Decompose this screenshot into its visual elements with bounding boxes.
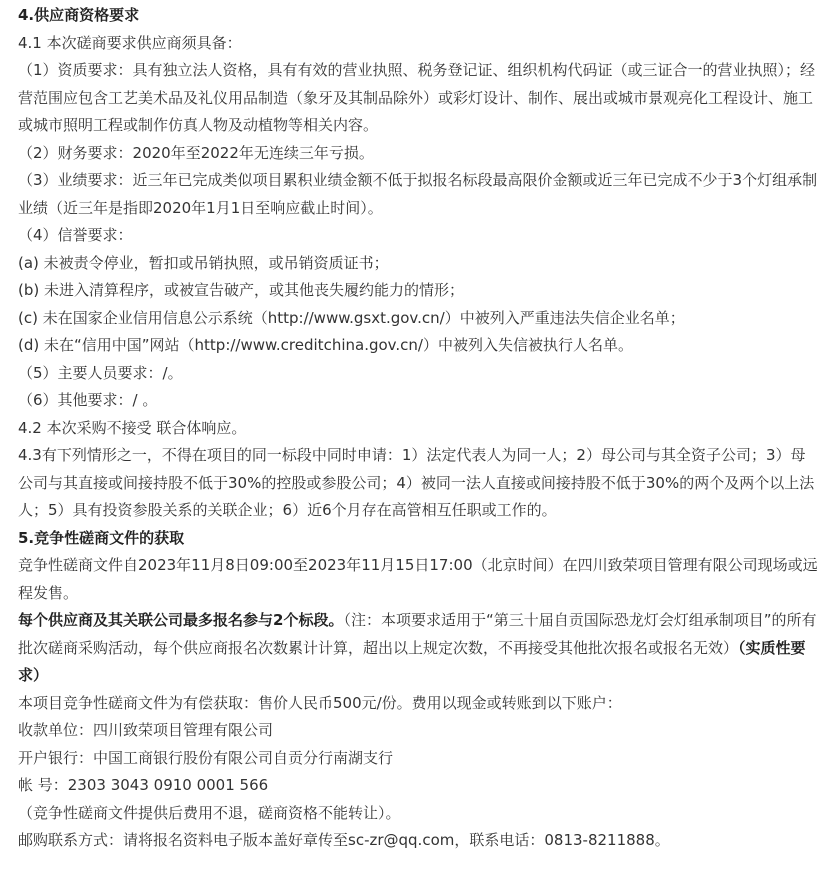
requirement-other: （6）其他要求：/ 。 <box>18 387 818 415</box>
contact-info: 邮购联系方式：请将报名资料电子版本盖好章传至sc-zr@qq.com，联系电话：… <box>18 827 818 855</box>
payee: 收款单位：四川致荣项目管理有限公司 <box>18 717 818 745</box>
refund-note: （竞争性磋商文件提供后费用不退，磋商资格不能转让）。 <box>18 800 818 828</box>
document-fee: 本项目竞争性磋商文件为有偿获取：售价人民币500元/份。费用以现金或转账到以下账… <box>18 690 818 718</box>
bank: 开户银行：中国工商银行股份有限公司自贡分行南湖支行 <box>18 745 818 773</box>
credit-item-b: (b) 未进入清算程序，或被宣告破产，或其他丧失履约能力的情形； <box>18 277 818 305</box>
account-number: 帐 号：2303 3043 0910 0001 566 <box>18 772 818 800</box>
registration-limit-bold: 每个供应商及其关联公司最多报名参与2个标段。 <box>18 611 343 629</box>
section-4-heading: 4.供应商资格要求 <box>18 2 818 30</box>
requirement-qualification: （1）资质要求：具有独立法人资格，具有有效的营业执照、税务登记证、组织机构代码证… <box>18 57 818 140</box>
section-4-1-title: 4.1 本次磋商要求供应商须具备： <box>18 30 818 58</box>
requirement-performance: （3）业绩要求：近三年已完成类似项目累积业绩金额不低于拟报名标段最高限价金额或近… <box>18 167 818 222</box>
credit-item-a: (a) 未被责令停业，暂扣或吊销执照，或吊销资质证书； <box>18 250 818 278</box>
document-body: 4.供应商资格要求 4.1 本次磋商要求供应商须具备： （1）资质要求：具有独立… <box>0 0 830 855</box>
registration-limit: 每个供应商及其关联公司最多报名参与2个标段。（注：本项要求适用于“第三十届自贡国… <box>18 607 818 690</box>
section-4-3: 4.3有下列情形之一，不得在项目的同一标段中同时申请：1）法定代表人为同一人；2… <box>18 442 818 525</box>
requirement-finance: （2）财务要求：2020年至2022年无连续三年亏损。 <box>18 140 818 168</box>
requirement-personnel: （5）主要人员要求：/。 <box>18 360 818 388</box>
requirement-credit: （4）信誉要求： <box>18 222 818 250</box>
credit-item-c: (c) 未在国家企业信用信息公示系统（http://www.gsxt.gov.c… <box>18 305 818 333</box>
section-4-2: 4.2 本次采购不接受 联合体响应。 <box>18 415 818 443</box>
sale-period: 竞争性磋商文件自2023年11月8日09:00至2023年11月15日17:00… <box>18 552 818 607</box>
section-5-heading: 5.竞争性磋商文件的获取 <box>18 525 818 553</box>
credit-item-d: (d) 未在“信用中国”网站（http://www.creditchina.go… <box>18 332 818 360</box>
